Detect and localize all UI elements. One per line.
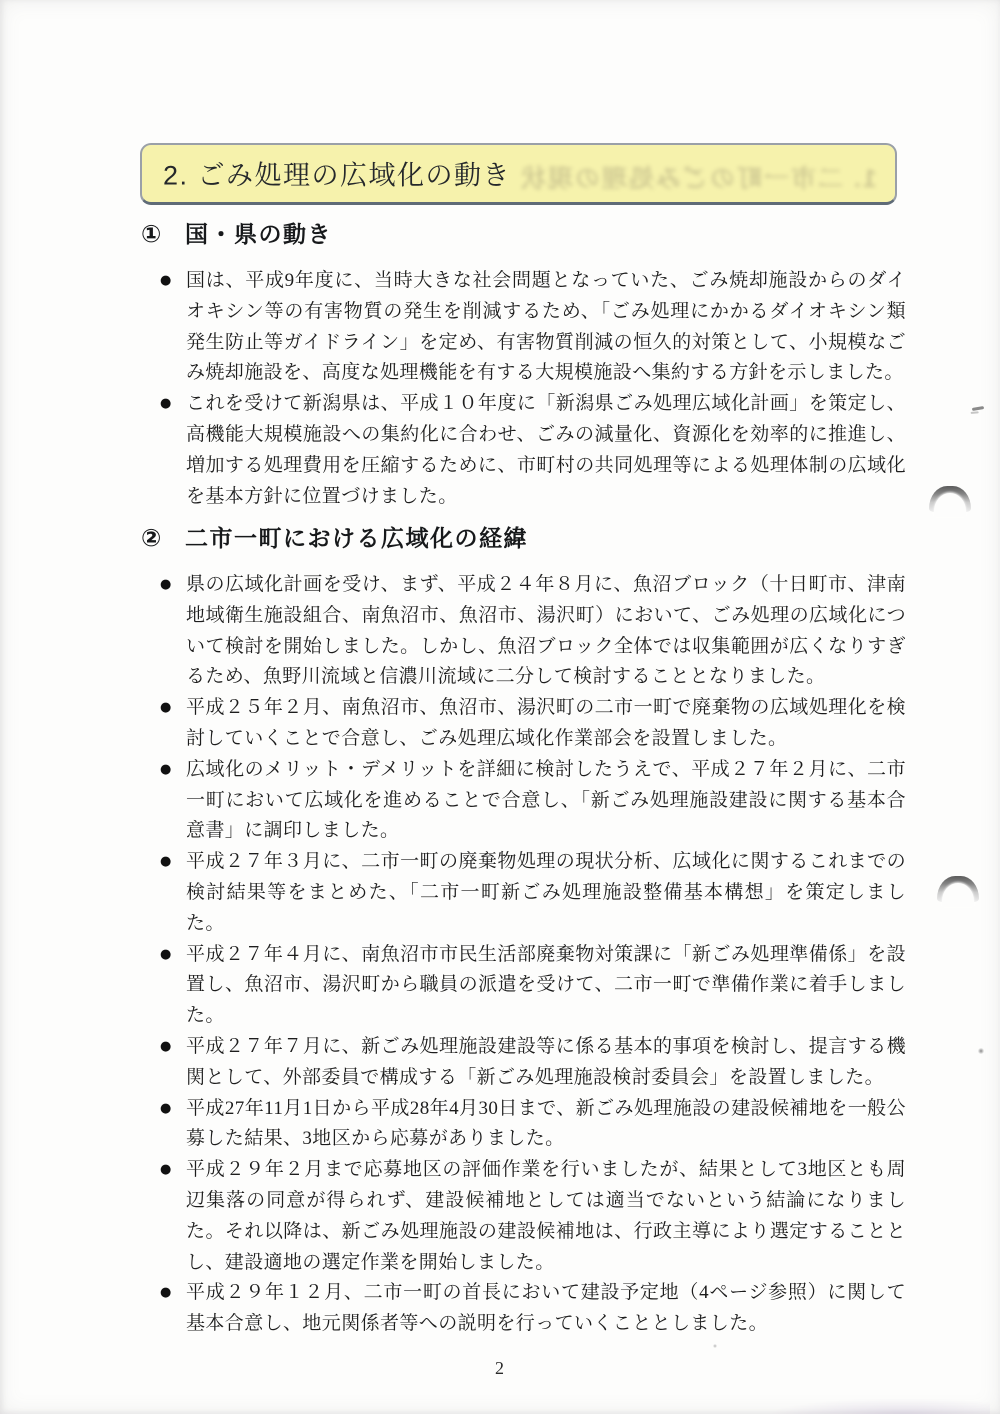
bullet-icon: ● (160, 266, 172, 297)
scan-speck (978, 1048, 984, 1054)
list-item: ● 平成２９年２月まで応募地区の評価作業を行いましたが、結果として3地区とも周辺… (159, 1155, 906, 1278)
bullet-icon: ● (160, 570, 172, 601)
bullet-list-section-2: ● 県の広域化計画を受け、まず、平成２４年８月に、魚沼ブロック（十日町市、津南地… (159, 570, 906, 1340)
bullet-icon: ● (160, 693, 172, 724)
scan-speck (972, 406, 984, 411)
section-heading-regionalization-history: ② 二市一町における広域化の経緯 (141, 520, 528, 553)
scan-speck (713, 1344, 717, 1348)
bullet-text: これを受けて新潟県は、平成１０年度に「新潟県ごみ処理広域化計画」を策定し、高機能… (186, 393, 906, 506)
bullet-text: 広域化のメリット・デメリットを詳細に検討したうえで、平成２７年２月に、二市一町に… (186, 759, 906, 842)
scanned-document-page: 1. 二市一町のごみ処理の現状 2. ごみ処理の広域化の動き ① 国・県の動き … (0, 0, 1000, 1414)
bullet-text: 国は、平成9年度に、当時大きな社会問題となっていた、ごみ焼却施設からのダイオキシ… (186, 270, 906, 383)
bullet-text: 平成２９年１２月、二市一町の首長において建設予定地（4ページ参照）に関して基本合… (186, 1282, 906, 1334)
bullet-text: 平成27年11月1日から平成28年4月30日まで、新ごみ処理施設の建設候補地を一… (186, 1098, 906, 1150)
bullet-icon: ● (160, 1278, 172, 1309)
list-item: ● 平成２７年７月に、新ごみ処理施設建設等に係る基本的事項を検討し、提言する機関… (159, 1032, 906, 1094)
bullet-text: 県の広域化計画を受け、まず、平成２４年８月に、魚沼ブロック（十日町市、津南地域衛… (186, 574, 906, 687)
bullet-icon: ● (160, 1155, 172, 1186)
list-item: ● 平成２９年１２月、二市一町の首長において建設予定地（4ページ参照）に関して基… (159, 1278, 906, 1340)
list-item: ● 平成２７年３月に、二市一町の廃棄物処理の現状分析、広域化に関するこれまでの検… (159, 847, 906, 939)
list-item: ● 平成２５年２月、南魚沼市、魚沼市、湯沢町の二市一町で廃棄物の広域処理化を検討… (159, 693, 906, 755)
bullet-icon: ● (160, 755, 172, 786)
punch-hole-shadow (929, 486, 971, 512)
bullet-icon: ● (160, 1032, 172, 1063)
section-heading-text: 国・県の動き (185, 216, 332, 249)
bullet-text: 平成２９年２月まで応募地区の評価作業を行いましたが、結果として3地区とも周辺集落… (186, 1159, 906, 1272)
page-title-banner: 1. 二市一町のごみ処理の現状 2. ごみ処理の広域化の動き (140, 143, 897, 205)
bullet-icon: ● (160, 940, 172, 971)
circled-number-2-icon: ② (141, 524, 185, 553)
scan-smudge (770, 1398, 990, 1414)
showthrough-ghost-text: 1. 二市一町のごみ処理の現状 (519, 159, 877, 195)
bullet-text: 平成２７年３月に、二市一町の廃棄物処理の現状分析、広域化に関するこれまでの検討結… (186, 851, 906, 934)
list-item: ● これを受けて新潟県は、平成１０年度に「新潟県ごみ処理広域化計画」を策定し、高… (159, 389, 906, 512)
bullet-text: 平成２５年２月、南魚沼市、魚沼市、湯沢町の二市一町で廃棄物の広域処理化を検討して… (186, 697, 906, 749)
punch-hole-shadow (937, 876, 979, 902)
bullet-icon: ● (160, 1094, 172, 1125)
list-item: ● 広域化のメリット・デメリットを詳細に検討したうえで、平成２７年２月に、二市一… (159, 755, 906, 847)
bullet-text: 平成２７年４月に、南魚沼市市民生活部廃棄物対策課に「新ごみ処理準備係」を設置し、… (186, 944, 906, 1027)
bullet-text: 平成２７年７月に、新ごみ処理施設建設等に係る基本的事項を検討し、提言する機関とし… (186, 1036, 906, 1088)
bullet-icon: ● (160, 847, 172, 878)
list-item: ● 国は、平成9年度に、当時大きな社会問題となっていた、ごみ焼却施設からのダイオ… (159, 266, 906, 389)
section-heading-national-prefectural: ① 国・県の動き (141, 216, 332, 249)
page-title: 2. ごみ処理の広域化の動き (163, 153, 511, 192)
bullet-list-section-1: ● 国は、平成9年度に、当時大きな社会問題となっていた、ごみ焼却施設からのダイオ… (159, 266, 906, 512)
list-item: ● 平成27年11月1日から平成28年4月30日まで、新ごみ処理施設の建設候補地… (159, 1094, 906, 1156)
section-heading-text: 二市一町における広域化の経緯 (185, 520, 528, 553)
bullet-icon: ● (160, 389, 172, 420)
page-number: 2 (0, 1358, 1000, 1379)
circled-number-1-icon: ① (141, 220, 185, 249)
list-item: ● 平成２７年４月に、南魚沼市市民生活部廃棄物対策課に「新ごみ処理準備係」を設置… (159, 940, 906, 1032)
list-item: ● 県の広域化計画を受け、まず、平成２４年８月に、魚沼ブロック（十日町市、津南地… (159, 570, 906, 693)
